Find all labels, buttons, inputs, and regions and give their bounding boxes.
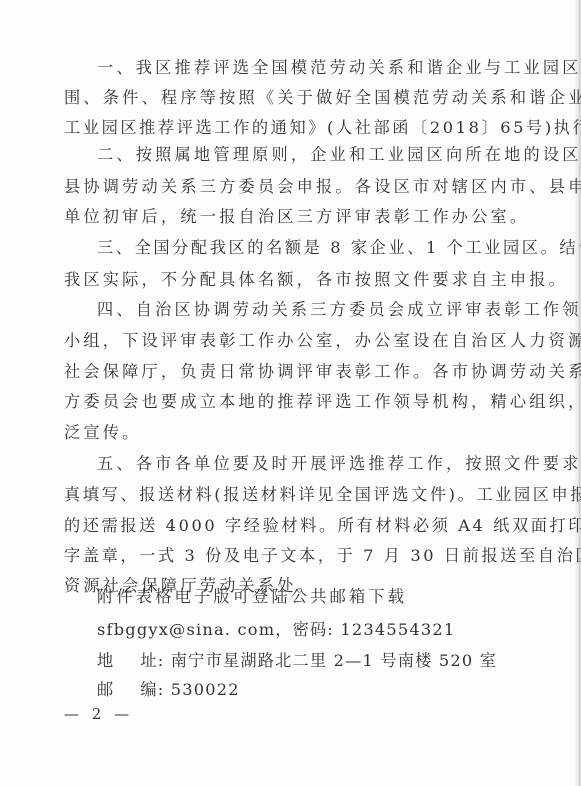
postcode-line: 邮编: 530022 [97,675,557,705]
document-page: 一、我区推荐评选全国模范劳动关系和谐企业与工业园区范 围、条件、程序等按照《关于… [0,0,581,786]
postcode-value: 530022 [171,680,240,699]
download-note: 附件表格电子版可登陆公共邮箱下载 [97,582,557,612]
email-line: sfbggyx@sina. com，密码: 1234554321 [97,615,557,645]
section-1-line-2: 围、条件、程序等按照《关于做好全国模范劳动关系和谐企业与 [64,83,524,113]
section-2-line-2: 县协调劳动关系三方委员会申报。各设区市对辖区内市、县申报 [64,172,524,202]
postcode-label-part-2: 编: [140,680,164,699]
section-4-line-4: 方委员会也要成立本地的推荐评选工作领导机构，精心组织，广 [64,387,524,417]
section-4-line-3: 社会保障厅，负责日常协调评审表彰工作。各市协调劳动关系三 [64,357,524,387]
address-label-part-1: 地 [97,651,114,670]
postcode-label-part-1: 邮 [97,680,114,699]
address-value: 南宁市星湖路北二里 2—1 号南楼 520 室 [171,651,497,670]
address-label-part-2: 址: [140,651,164,670]
section-5-line-1: 五、各市各单位要及时开展评选推荐工作，按照文件要求认 [97,449,557,479]
section-1-line-3: 工业园区推荐评选工作的通知》(人社部函〔2018〕65号)执行。 [64,113,524,143]
section-2-line-3: 单位初审后，统一报自治区三方评审表彰工作办公室。 [64,202,524,232]
section-1-line-1: 一、我区推荐评选全国模范劳动关系和谐企业与工业园区范 [97,53,557,83]
section-4-line-2: 小组，下设评审表彰工作办公室，办公室设在自治区人力资源和 [64,326,524,356]
section-4-line-5: 泛宣传。 [64,418,524,448]
section-5-line-2: 真填写、报送材料(报送材料详见全国评选文件)。工业园区申报 [64,480,524,510]
section-4-line-1: 四、自治区协调劳动关系三方委员会成立评审表彰工作领导 [97,295,557,325]
address-line: 地址: 南宁市星湖路北二里 2—1 号南楼 520 室 [97,646,557,676]
section-3-line-1: 三、全国分配我区的名额是 8 家企业、1 个工业园区。结合 [97,233,557,263]
section-2-line-1: 二、按照属地管理原则，企业和工业园区向所在地的设区市、 [97,140,557,170]
section-5-line-3: 的还需报送 4000 字经验材料。所有材料必须 A4 纸双面打印，签 [64,511,524,541]
page-number: — 2 — [64,700,133,728]
section-5-line-4: 字盖章，一式 3 份及电子文本，于 7 月 30 日前报送至自治区人力 [64,541,524,571]
section-3-line-2: 我区实际，不分配具体名额，各市按照文件要求自主申报。 [64,265,524,295]
